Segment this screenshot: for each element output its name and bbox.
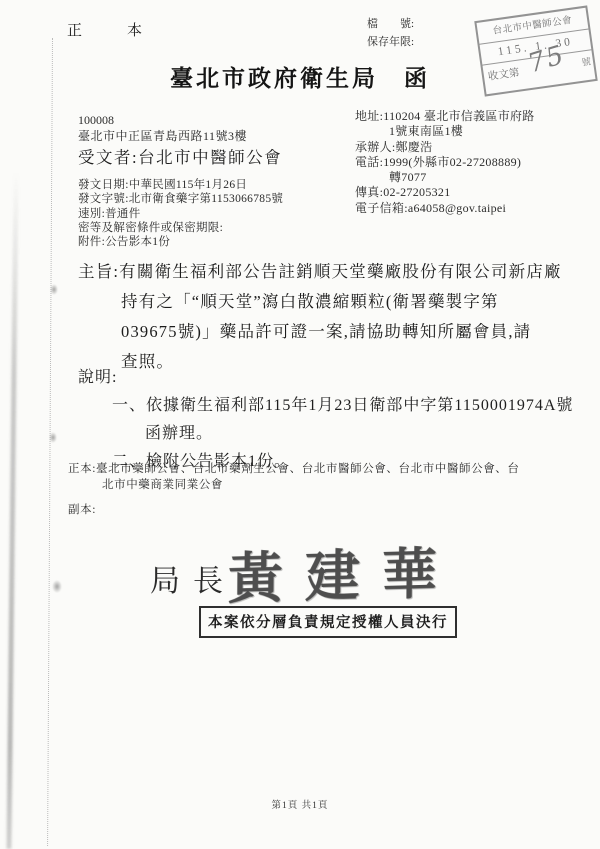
- description-item1-line1: 一、依據衛生福利部115年1月23日衛部中字第1150001974A號: [78, 392, 573, 420]
- recipient-line: 受文者:台北市中醫師公會: [78, 147, 283, 169]
- recipient-address: 臺北市中正區青島西路11號3樓: [78, 128, 283, 145]
- description-item1-line2: 函辦理。: [78, 420, 573, 448]
- distribution-block: 正本:臺北市藥師公會、台北市藥劑生公會、台北市醫師公會、台北市中醫師公會、台 北…: [68, 461, 520, 518]
- scanned-official-letter: 正 本 檔 號: 保存年限: 台北市中醫師公會 115. 1. 30 收文第 7…: [0, 0, 600, 849]
- sender-address-line2: 1號東南區1樓: [355, 124, 535, 139]
- ink-smudge: [50, 284, 58, 295]
- fax-line: 傳真:02-27205321: [355, 185, 535, 200]
- description-heading: 說明:: [78, 364, 573, 392]
- speed-line: 速別:普通件: [78, 207, 283, 221]
- ink-smudge: [49, 432, 57, 443]
- sender-contact-block: 地址:110204 臺北市信義區市府路 1號東南區1樓 承辦人:鄭慶浩 電話:1…: [355, 109, 535, 216]
- phone-line1: 電話:1999(外縣市02-27208889): [355, 155, 535, 170]
- copy-recipients-label: 副本:: [68, 502, 520, 518]
- ink-smudge: [52, 580, 62, 593]
- description-block: 說明: 一、依據衛生福利部115年1月23日衛部中字第1150001974A號 …: [78, 364, 573, 476]
- email-line: 電子信箱:a64058@gov.taipei: [355, 201, 535, 216]
- phone-line2: 轉7077: [355, 170, 535, 185]
- original-recipients-line2: 北市中藥商業同業公會: [68, 477, 520, 493]
- subject-line: 039675號)」藥品許可證一案,請協助轉知所屬會員,請: [78, 317, 562, 347]
- subject-block: 主旨:有關衛生福利部公告註銷順天堂藥廠股份有限公司新店廠 持有之「“順天堂”瀉白…: [78, 257, 562, 377]
- send-date-line: 發文日期:中華民國115年1月26日: [78, 178, 283, 192]
- file-number-label: 檔 號:: [367, 15, 414, 33]
- original-recipients-line1: 正本:臺北市藥師公會、台北市藥劑生公會、台北市醫師公會、台北市中醫師公會、台: [68, 461, 520, 477]
- scan-edge-shadow: [6, 172, 18, 849]
- subject-line: 主旨:有關衛生福利部公告註銷順天堂藥廠股份有限公司新店廠: [78, 257, 562, 287]
- recipient-block: 100008 臺北市中正區青島西路11號3樓 受文者:台北市中醫師公會 發文日期…: [78, 112, 283, 249]
- authorization-stamp-box: 本案依分層負責規定授權人員決行: [199, 606, 457, 638]
- contact-person-line: 承辦人:鄭慶浩: [355, 140, 535, 155]
- secrecy-line: 密等及解密條件或保密期限:: [78, 221, 283, 235]
- signer-title: 局長: [150, 556, 236, 600]
- retention-period-label: 保存年限:: [367, 33, 414, 51]
- document-title: 臺北市政府衛生局 函: [0, 60, 600, 93]
- recipient-postal-code: 100008: [78, 112, 283, 128]
- doc-number-line: 發文字號:北市衛食藥字第1153066785號: [78, 192, 283, 206]
- copy-type-label: 正 本: [67, 19, 157, 40]
- subject-line: 持有之「“順天堂”瀉白散濃縮顆粒(衛署藥製字第: [78, 287, 562, 317]
- page-number-footer: 第1頁 共1頁: [0, 797, 600, 811]
- attachment-line: 附件:公告影本1份: [78, 235, 283, 249]
- sender-address-line1: 地址:110204 臺北市信義區市府路: [355, 109, 535, 124]
- signature-handwritten-name: 黃建華: [228, 529, 460, 614]
- file-number-block: 檔 號: 保存年限:: [367, 15, 414, 51]
